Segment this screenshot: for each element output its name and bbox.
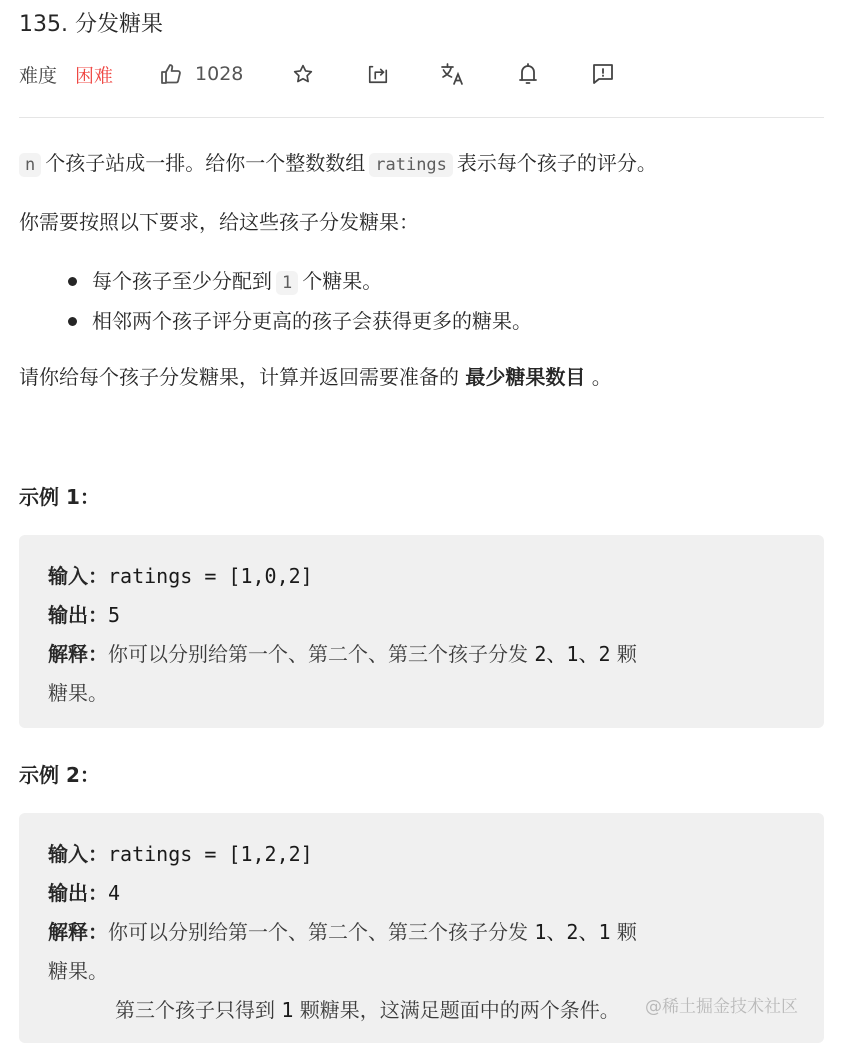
explanation-text: 糖果。 [48, 959, 108, 983]
example-1-box: 输入：ratings = [1,0,2] 输出：5 解释：你可以分别给第一个、第… [19, 535, 824, 728]
inline-code-ratings: ratings [369, 153, 453, 177]
explanation-text: 颗 [617, 642, 637, 666]
output-value: 4 [108, 881, 120, 905]
inline-code-1: 1 [276, 271, 298, 295]
example-2-output: 输出：4 [48, 874, 795, 913]
translate-icon [440, 62, 466, 86]
example-1-explanation-cont: 糖果。 [48, 674, 795, 713]
like-count: 1028 [195, 63, 243, 85]
star-icon [292, 63, 314, 85]
input-label: 输入： [48, 564, 108, 588]
explanation-label: 解释： [48, 920, 108, 944]
example-1-input: 输入：ratings = [1,0,2] [48, 557, 795, 596]
feedback-icon [591, 62, 615, 86]
example-2-explanation-cont: 糖果。 [48, 952, 795, 991]
problem-title: 135. 分发糖果 [19, 9, 163, 41]
input-label: 输入： [48, 842, 108, 866]
bell-icon [517, 62, 539, 86]
notify-button[interactable] [514, 60, 542, 88]
favorite-button[interactable] [289, 60, 317, 88]
example-2-explanation: 解释：你可以分别给第一个、第二个、第三个孩子分发 1、2、1 颗 [48, 913, 795, 952]
input-value: ratings = [1,2,2] [108, 842, 313, 866]
description-paragraph-2: 你需要按照以下要求，给这些孩子分发糖果： [19, 207, 419, 237]
explanation-text: 颗 [617, 920, 637, 944]
explanation-text: 糖果。 [48, 681, 108, 705]
explanation-text: 你可以分别给第一个、第二个、第三个孩子分发 [108, 642, 528, 666]
example-1-output: 输出：5 [48, 596, 795, 635]
difficulty-label: 难度 [19, 61, 57, 88]
watermark: @稀土掘金技术社区 [645, 988, 798, 1027]
description-text: 。 [592, 365, 612, 389]
requirement-item: 每个孩子至少分配到1个糖果。 [68, 262, 532, 302]
output-label: 输出： [48, 603, 108, 627]
explanation-text: 你可以分别给第一个、第二个、第三个孩子分发 [108, 920, 528, 944]
requirement-text: 个糖果。 [302, 269, 382, 293]
share-icon [367, 63, 389, 85]
example-2-title: 示例 2： [19, 759, 100, 788]
note-text: 第三个孩子只得到 [115, 998, 275, 1022]
input-value: ratings = [1,0,2] [108, 564, 313, 588]
requirement-text: 每个孩子至少分配到 [92, 269, 272, 293]
note-number: 1 [281, 998, 293, 1022]
emphasis-text: 最少糖果数目 [465, 365, 585, 389]
explanation-label: 解释： [48, 642, 108, 666]
description-text: 请你给每个孩子分发糖果，计算并返回需要准备的 [19, 365, 459, 389]
difficulty-badge: 困难 [75, 61, 113, 88]
feedback-button[interactable] [589, 60, 617, 88]
requirements-list: 每个孩子至少分配到1个糖果。 相邻两个孩子评分更高的孩子会获得更多的糖果。 [68, 262, 532, 340]
thumbs-up-icon [159, 62, 183, 86]
example-2-box: 输入：ratings = [1,2,2] 输出：4 解释：你可以分别给第一个、第… [19, 813, 824, 1043]
requirement-item: 相邻两个孩子评分更高的孩子会获得更多的糖果。 [68, 302, 532, 340]
note-text: 颗糖果，这满足题面中的两个条件。 [300, 998, 620, 1022]
description-text: 个孩子站成一排。给你一个整数数组 [45, 151, 365, 175]
problem-page: 135. 分发糖果 难度 困难 1028 [0, 0, 843, 1055]
like-button[interactable]: 1028 [159, 62, 243, 86]
explanation-numbers: 2、1、2 [534, 642, 610, 666]
example-1-title: 示例 1： [19, 481, 100, 510]
explanation-numbers: 1、2、1 [534, 920, 610, 944]
output-label: 输出： [48, 881, 108, 905]
share-button[interactable] [364, 60, 392, 88]
requirement-text: 相邻两个孩子评分更高的孩子会获得更多的糖果。 [92, 309, 532, 333]
header-divider [19, 117, 824, 118]
output-value: 5 [108, 603, 120, 627]
example-2-input: 输入：ratings = [1,2,2] [48, 835, 795, 874]
translate-button[interactable] [439, 60, 467, 88]
description-paragraph-3: 请你给每个孩子分发糖果，计算并返回需要准备的 最少糖果数目 。 [19, 362, 612, 392]
example-1-explanation: 解释：你可以分别给第一个、第二个、第三个孩子分发 2、1、2 颗 [48, 635, 795, 674]
description-paragraph-1: n个孩子站成一排。给你一个整数数组ratings表示每个孩子的评分。 [19, 148, 657, 180]
description-text: 表示每个孩子的评分。 [457, 151, 657, 175]
inline-code-n: n [19, 153, 41, 177]
problem-meta-bar: 难度 困难 1028 [19, 57, 617, 91]
